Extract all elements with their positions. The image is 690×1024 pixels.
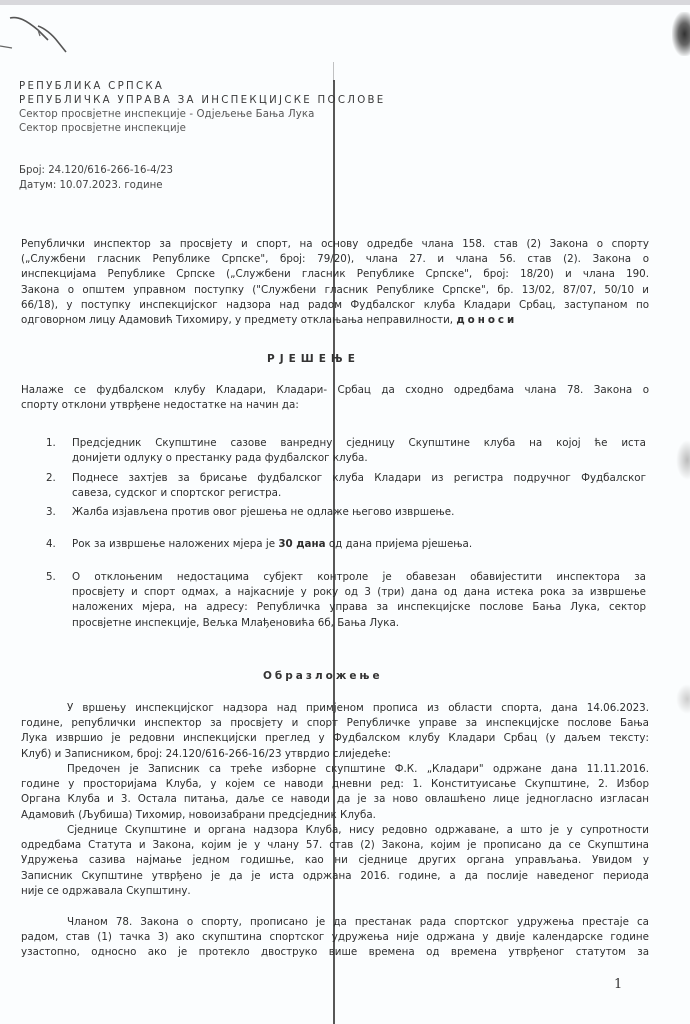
intro-last-line: одговорном лицу Адамовић Тихомиру, у пре… xyxy=(21,314,453,326)
text-line: О отклоњеним недостацима субјект контрол… xyxy=(72,570,646,585)
text-line: Органа Клуба и 3. Остала питања, даље се… xyxy=(21,792,649,807)
document-date: Датум: 10.07.2023. године xyxy=(19,178,173,193)
text-line: Републички инспектор за просвјету и спор… xyxy=(21,237,649,252)
item-number: 1. xyxy=(46,436,56,451)
decision-lead: Налаже се фудбалском клубу Кладари, Клад… xyxy=(21,383,649,413)
text-line: У вршењу инспекцијског надзора над примј… xyxy=(21,701,649,716)
reference-block: Број: 24.120/616-266-16-4/23 Датум: 10.0… xyxy=(19,163,173,193)
deadline-text-pre: Рок за извршење наложених мјера је xyxy=(72,538,278,550)
text-line: Сједнице Скупштине и органа надзора Клуб… xyxy=(21,823,649,838)
text-line: просвјету и спорт одмах, а најкасније у … xyxy=(72,585,646,600)
text-line: („Службени гласник Републике Српске", бр… xyxy=(21,252,649,267)
handwritten-mark-icon xyxy=(0,12,80,62)
reasoning-paragraph-1: У вршењу инспекцијског надзора над примј… xyxy=(21,701,649,762)
text-line: 66/18), у поступку инспекцијског надзора… xyxy=(21,298,649,313)
text-line: Поднесе захтјев за брисање фудбалског кл… xyxy=(72,471,646,486)
scan-fold-line xyxy=(333,62,334,82)
republic-name: РЕПУБЛИКА СРПСКА xyxy=(19,80,386,94)
scan-smudge xyxy=(672,12,690,56)
decision-item-4: 4. Рок за извршење наложених мјера је 30… xyxy=(46,537,646,553)
text-line: инспекцијама Републике Српске („Службени… xyxy=(21,267,649,282)
deadline-text-post: од дана пријема рјешења. xyxy=(326,538,473,550)
text-line: Рок за извршење наложених мјера је 30 да… xyxy=(72,537,646,552)
text-line: Жалба изјављена против овог рјешења не о… xyxy=(72,505,646,520)
text-line: наложених мјера, на адресу: Републичка у… xyxy=(72,600,646,615)
text-line: Закона о општем управном поступку ("Служ… xyxy=(21,283,649,298)
item-number: 5. xyxy=(46,570,56,585)
reference-number: Број: 24.120/616-266-16-4/23 xyxy=(19,163,173,178)
reasoning-paragraph-3: Сједнице Скупштине и органа надзора Клуб… xyxy=(21,823,649,899)
text-line: савеза, судског и спортског регистра. xyxy=(72,486,646,501)
page-number: 1 xyxy=(614,977,622,992)
letterhead: РЕПУБЛИКА СРПСКА РЕПУБЛИЧКА УПРАВА ЗА ИН… xyxy=(19,80,386,136)
text-line: године у просторијама Клуба, у којем се … xyxy=(21,777,649,792)
text-line: донијети одлуку о престанку рада фудбалс… xyxy=(72,451,646,466)
reasoning-title: Образложење xyxy=(263,670,383,682)
text-line: Предсједник Скупштине сазове ванредну сј… xyxy=(72,436,646,451)
verb-donosi: доноси xyxy=(456,314,517,326)
text-line: Предочен је Записник са треће изборне ск… xyxy=(21,762,649,777)
viewer-top-bar xyxy=(0,0,690,5)
decision-title: РЈЕШЕЊЕ xyxy=(267,353,360,365)
intro-paragraph: Републички инспектор за просвјету и спор… xyxy=(21,237,649,328)
text-line: Налаже се фудбалском клубу Кладари, Клад… xyxy=(21,383,649,398)
reasoning-paragraph-4: Чланом 78. Закона о спорту, прописано је… xyxy=(21,915,649,961)
text-line: узастопно, односно ако је протекло двост… xyxy=(21,945,649,960)
text-line: године, републички инспектор за просвјет… xyxy=(21,716,649,731)
decision-item-5: 5. О отклоњеним недостацима субјект конт… xyxy=(46,570,646,634)
text-line: одговорном лицу Адамовић Тихомиру, у пре… xyxy=(21,313,649,328)
text-line: Удружења сазива најмање једном годишње, … xyxy=(21,853,649,868)
decision-item-2: 2. Поднесе захтјев за брисање фудбалског… xyxy=(46,471,646,503)
agency-name: РЕПУБЛИЧКА УПРАВА ЗА ИНСПЕКЦИЈСКЕ ПОСЛОВ… xyxy=(19,94,386,108)
sector-name: Сектор просвјетне инспекције xyxy=(19,122,386,136)
reasoning-paragraph-2: Предочен је Записник са треће изборне ск… xyxy=(21,762,649,823)
text-line: није се одржавала Скупштину. xyxy=(21,884,649,899)
text-line: Чланом 78. Закона о спорту, прописано је… xyxy=(21,915,649,930)
item-number: 3. xyxy=(46,505,56,520)
text-line: радом, став (1) тачка 3) ако скупштина с… xyxy=(21,930,649,945)
item-number: 4. xyxy=(46,537,56,552)
text-line: Записник Скупштине утврђено је да је ист… xyxy=(21,869,649,884)
text-line: Адамовић (Љубиша) Тихомир, новоизабрани … xyxy=(21,808,649,823)
text-line: Клуб) и Записником, број: 24.120/616-266… xyxy=(21,747,649,762)
item-number: 2. xyxy=(46,471,56,486)
scan-smudge xyxy=(676,684,690,714)
decision-item-3: 3. Жалба изјављена против овог рјешења н… xyxy=(46,505,646,521)
decision-item-1: 1. Предсједник Скупштине сазове ванредну… xyxy=(46,436,646,468)
deadline-days: 30 дана xyxy=(278,538,325,550)
text-line: одредбама Статута и Закона, којим је у ч… xyxy=(21,838,649,853)
text-line: Лука извршио је редовни инспекцијски пре… xyxy=(21,731,649,746)
text-line: спорту отклони утврђене недостатке на на… xyxy=(21,398,649,413)
text-line: просвјетне инспекције, Вељка Млађеновића… xyxy=(72,616,646,631)
scan-smudge xyxy=(676,440,690,480)
sector-department: Сектор просвјетне инспекције - Одјељење … xyxy=(19,108,386,122)
